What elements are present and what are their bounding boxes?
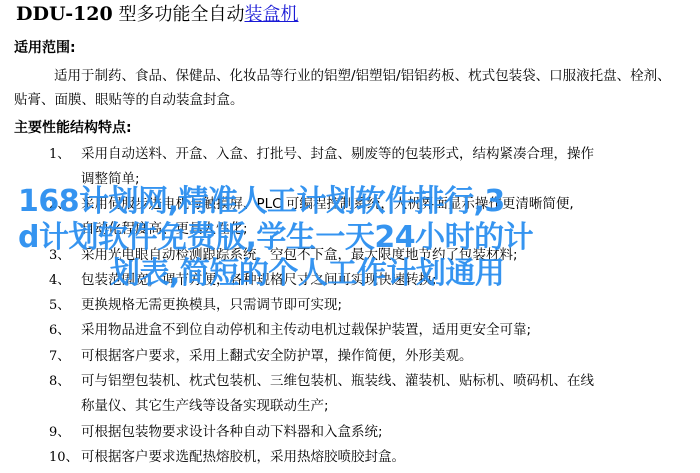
feature-text: 可根据包装物要求设计各种自动下料器和入盒系统;: [81, 424, 383, 440]
scope-heading: 适用范围:: [14, 38, 76, 58]
feature-text: 采用物品进盒不到位自动停机和主传动电机过载保护装置，适用更安全可靠;: [81, 322, 531, 338]
page-title: DDU-120 型多功能全自动装盒机: [16, 2, 298, 27]
feature-item-5: 5、更换规格无需更换模具，只需调节即可实现;: [49, 293, 684, 318]
feature-item-4: 4、包装范围宽，调节方便，各种规格尺寸之间可实现快速转换;: [49, 268, 684, 293]
feature-text: 可与铝塑包装机、枕式包装机、三维包装机、瓶装线、灌装机、贴标机、喷码机、在线: [81, 373, 594, 389]
feature-number: 4、: [49, 269, 81, 293]
feature-text: 采用光电眼自动检测跟踪系统，空包不下盒，最大限度地节约了包装材料;: [81, 247, 518, 263]
feature-number: 6、: [49, 319, 81, 343]
feature-text: 采用自动送料、开盒、入盒、打批号、封盒、剔废等的包装形式，结构紧凑合理，操作: [81, 146, 594, 162]
feature-item-9: 9、可根据包装物要求设计各种自动下料器和入盒系统;: [49, 420, 684, 445]
feature-text: 更换规格无需更换模具，只需调节即可实现;: [81, 297, 342, 313]
feature-text-continued: 调整简单;: [49, 167, 684, 191]
feature-number: 7、: [49, 345, 81, 369]
feature-text: 可根据客户要求，采用上翻式安全防护罩，操作简便，外形美观。: [81, 348, 473, 364]
feature-number: 5、: [49, 294, 81, 318]
feature-text-continued: 称量仪、其它生产线等设备实现联动生产;: [49, 394, 684, 418]
feature-item-3: 3、采用光电眼自动检测跟踪系统，空包不下盒，最大限度地节约了包装材料;: [49, 243, 684, 268]
feature-text: 可根据客户要求选配热熔胶机，采用热熔胶喷胶封盒。: [81, 449, 405, 465]
feature-number: 10、: [49, 446, 81, 470]
feature-item-10: 10、可根据客户要求选配热熔胶机，采用热熔胶喷胶封盒。: [49, 445, 684, 470]
feature-item-2: 2、采用伺服步进电机与触摸屏、PLC 可编程控制系统，人机界面显示操作更清晰简便…: [49, 192, 684, 241]
feature-number: 2、: [49, 193, 81, 217]
scope-paragraph: 适用于制药、食品、保健品、化妆品等行业的铝塑/铝塑铝/铝铝药板、枕式包装袋、口服…: [14, 64, 684, 112]
model-number: DDU-120: [16, 3, 113, 25]
feature-number: 3、: [49, 244, 81, 268]
carton-machine-link[interactable]: 装盒机: [244, 4, 298, 25]
feature-text: 采用伺服步进电机与触摸屏、PLC 可编程控制系统，人机界面显示操作更清晰简便,: [81, 196, 574, 212]
feature-number: 8、: [49, 370, 81, 394]
feature-text: 包装范围宽，调节方便，各种规格尺寸之间可实现快速转换;: [81, 272, 437, 288]
feature-number: 1、: [49, 143, 81, 167]
features-heading: 主要性能结构特点:: [14, 118, 132, 138]
document-page: DDU-120 型多功能全自动装盒机 适用范围: 适用于制药、食品、保健品、化妆…: [0, 0, 700, 473]
feature-item-1: 1、采用自动送料、开盒、入盒、打批号、封盒、剔废等的包装形式，结构紧凑合理，操作…: [49, 142, 684, 191]
title-text: 型多功能全自动: [113, 4, 245, 25]
feature-item-6: 6、采用物品进盒不到位自动停机和主传动电机过载保护装置，适用更安全可靠;: [49, 318, 684, 343]
feature-number: 9、: [49, 421, 81, 445]
feature-item-8: 8、可与铝塑包装机、枕式包装机、三维包装机、瓶装线、灌装机、贴标机、喷码机、在线…: [49, 369, 684, 418]
feature-text-continued: 自动化程度高、更具人性化;: [49, 217, 684, 241]
feature-item-7: 7、可根据客户要求，采用上翻式安全防护罩，操作简便，外形美观。: [49, 344, 684, 369]
